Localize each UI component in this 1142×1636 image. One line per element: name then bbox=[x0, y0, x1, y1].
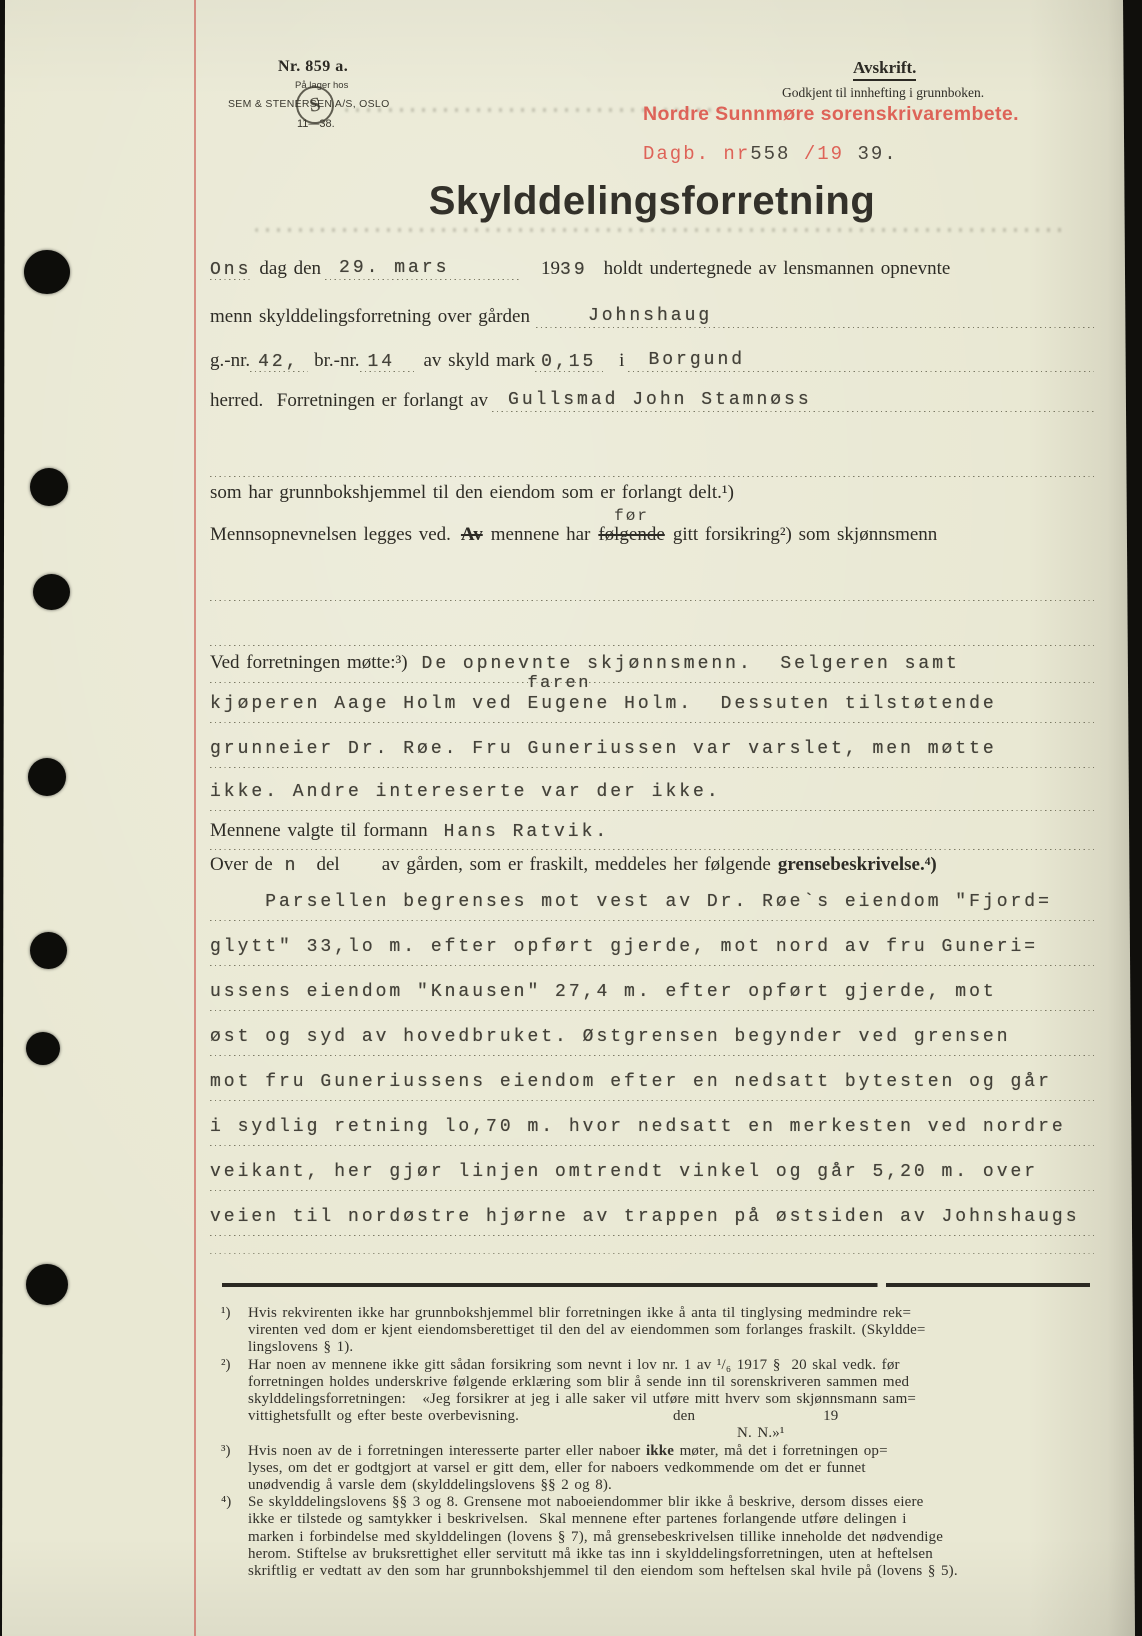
weekday-typed: Ons bbox=[210, 260, 251, 280]
footnote-marker: ¹) bbox=[221, 1305, 248, 1357]
gnr-typed: 42, bbox=[250, 352, 308, 372]
footnote-marker: ³) bbox=[221, 1443, 248, 1495]
punch-hole bbox=[30, 468, 68, 506]
struck-word: følgendefør bbox=[598, 524, 664, 546]
date-typed: 29. mars bbox=[325, 258, 521, 280]
punch-hole bbox=[33, 574, 70, 610]
journal-year: 39. bbox=[857, 143, 897, 165]
body-line: Parsellen begrenses mot vest av Dr. Røe`… bbox=[210, 892, 1094, 921]
approval-note: Godkjent til innhefting i grunnboken. bbox=[782, 85, 984, 101]
footnote-2: ²) Har noen av mennene ikke gitt sådan f… bbox=[221, 1357, 1093, 1443]
footnote-4: ⁴) Se skylddelingslovens §§ 3 og 8. Gren… bbox=[221, 1494, 1093, 1580]
journal-prefix: Dagb. nr bbox=[643, 143, 750, 165]
year-typed: 39 bbox=[560, 260, 588, 280]
met-line3: grunneier Dr. Røe. Fru Guneriussen var v… bbox=[210, 739, 1094, 768]
footnote-marker: ⁴) bbox=[221, 1494, 248, 1580]
blank-rule bbox=[210, 1253, 1094, 1254]
body-line: øst og syd av hovedbruket. Østgrensen be… bbox=[210, 1027, 1094, 1056]
footnote-separator bbox=[222, 1283, 1090, 1287]
body-line: veien til nordøstre hjørne av trappen på… bbox=[210, 1207, 1094, 1236]
form-line-met: Ved forretningen møtte:³)De opnevnte skj… bbox=[210, 652, 1094, 683]
brnr-typed: 14 bbox=[360, 352, 416, 372]
typed-insertion: før bbox=[614, 507, 649, 525]
form-line-requester: herred. Forretningen er forlangt avGulls… bbox=[210, 390, 1094, 412]
punch-hole bbox=[28, 758, 66, 796]
form-line-farm: menn skylddelingsforretning over gårdenJ… bbox=[210, 306, 1094, 328]
requester-typed: Gullsmad John Stamnøss bbox=[492, 390, 1094, 412]
form-line-numbers: g.-nr.42,br.-nr.14av skyld mark0,15iBorg… bbox=[210, 350, 1094, 372]
office-stamp: Nordre Sunnmøre sorenskrivarembete. bbox=[643, 103, 1019, 126]
met-line2: kjøperen Aage Holm ved farenEugene Holm.… bbox=[210, 694, 1094, 723]
formann-typed: Hans Ratvik. bbox=[444, 822, 610, 842]
footnotes-block: ¹) Hvis rekvirenten ikke har grunnbokshj… bbox=[221, 1305, 1093, 1580]
journal-separator: /19 bbox=[804, 143, 844, 165]
punch-hole bbox=[26, 1032, 60, 1065]
form-line-formann: Mennene valgte til formannHans Ratvik. bbox=[210, 820, 1094, 850]
form-line-grense: Over dendelav gården, som er fraskilt, m… bbox=[210, 854, 1094, 876]
blank-rule bbox=[210, 645, 1094, 646]
form-line-forsikring: Mennsopnevnelsen legges ved.Avmennene ha… bbox=[210, 524, 1094, 546]
form-line-date: Onsdag den29. mars1939holdt undertegnede… bbox=[210, 258, 1094, 280]
footnote-3: ³) Hvis noen av de i forretningen intere… bbox=[221, 1443, 1093, 1495]
punch-hole bbox=[26, 1264, 68, 1305]
scanned-page: Nr. 859 a. På lager hos SEM & STENERSEN … bbox=[0, 0, 1142, 1636]
footnote-1: ¹) Hvis rekvirenten ikke har grunnbokshj… bbox=[221, 1305, 1093, 1357]
form-line-hjemmel: som har grunnbokshjemmel til den eiendom… bbox=[210, 482, 1094, 504]
skyld-typed: 0,15 bbox=[535, 352, 603, 372]
avskrift-heading: Avskrift. bbox=[853, 58, 916, 81]
journal-number: 558 bbox=[750, 143, 790, 165]
body-line: i sydlig retning lo,70 m. hvor nedsatt e… bbox=[210, 1117, 1094, 1146]
body-line: glytt" 33,lo m. efter opført gjerde, mot… bbox=[210, 937, 1094, 966]
journal-number-line: Dagb. nr558 /19 39. bbox=[643, 143, 898, 165]
form-number: Nr. 859 a. bbox=[278, 58, 348, 76]
declaration-blanks: vittighetsfullt og efter beste overbevis… bbox=[248, 1408, 1093, 1425]
signature-placeholder: N. N.»¹ bbox=[248, 1425, 1093, 1442]
struck-word: Av bbox=[461, 524, 483, 546]
district-typed: Borgund bbox=[628, 350, 1094, 372]
body-line: mot fru Guneriussens eiendom efter en ne… bbox=[210, 1072, 1094, 1101]
footnote-marker: ²) bbox=[221, 1357, 248, 1443]
document-paper: Nr. 859 a. På lager hos SEM & STENERSEN … bbox=[0, 0, 1142, 1636]
page-title: Skylddelingsforretning bbox=[210, 179, 1094, 224]
del-typed: n bbox=[285, 856, 299, 876]
farm-name-typed: Johnshaug bbox=[536, 306, 1094, 328]
met-typed: De opnevnte skjønnsmenn. Selgeren samt bbox=[422, 654, 960, 674]
punch-hole bbox=[24, 250, 70, 294]
met-line4: ikke. Andre intereserte var der ikke. bbox=[210, 782, 1094, 811]
body-line: ussens eiendom "Knausen" 27,4 m. efter o… bbox=[210, 982, 1094, 1011]
blank-rule bbox=[210, 600, 1094, 601]
typed-insertion: faren bbox=[527, 674, 591, 693]
body-line: veikant, her gjør linjen omtrendt vinkel… bbox=[210, 1162, 1094, 1191]
ink-smudge bbox=[255, 228, 1065, 232]
blank-rule bbox=[210, 476, 1094, 477]
margin-rule bbox=[194, 0, 196, 1636]
grensebeskrivelse-bold: grensebeskrivelse.⁴) bbox=[778, 854, 937, 876]
punch-hole bbox=[30, 932, 67, 969]
